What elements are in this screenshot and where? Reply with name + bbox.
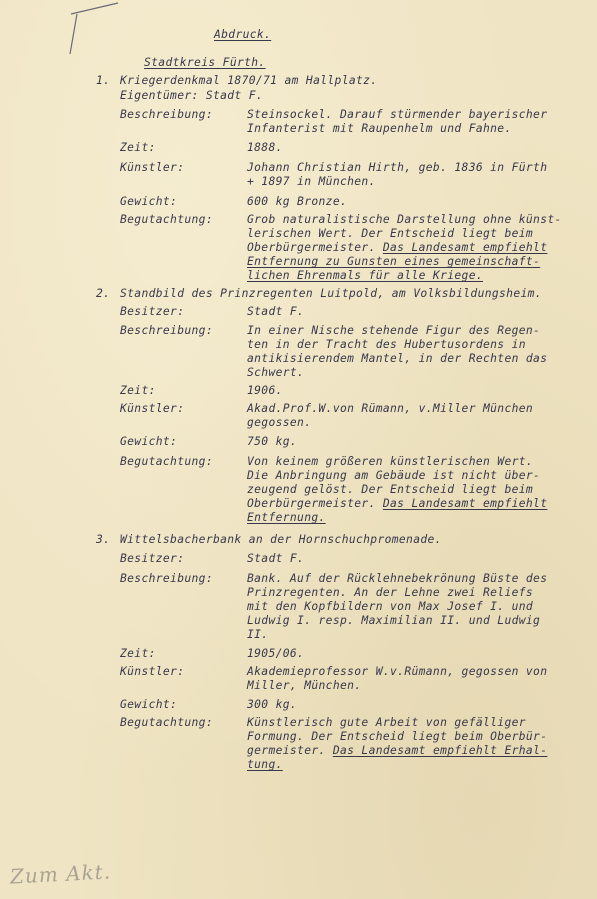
item-owner: Eigentümer: Stadt F. bbox=[120, 89, 263, 103]
field-value: Die Anbringung am Gebäude ist nicht über… bbox=[247, 469, 540, 483]
field-value: Formung. Der Entscheid liegt beim Oberbü… bbox=[247, 730, 547, 744]
field-value: 600 kg Bronze. bbox=[247, 195, 347, 209]
field-value: antikisierendem Mantel, in der Rechten d… bbox=[247, 352, 547, 366]
pencil-mark-icon bbox=[66, 2, 126, 62]
item-title: Wittelsbacherbank an der Hornschuchprome… bbox=[120, 533, 442, 547]
field-label: Beschreibung: bbox=[120, 572, 213, 586]
item-title: Standbild des Prinzregenten Luitpold, am… bbox=[120, 287, 542, 301]
field-value-line: germeister. Das Landesamt empfiehlt Erha… bbox=[247, 744, 547, 758]
field-value: 750 kg. bbox=[247, 435, 297, 449]
field-label: Beschreibung: bbox=[120, 108, 213, 122]
field-label: Gewicht: bbox=[120, 698, 177, 712]
field-value: ten in der Tracht des Hubertusordens in bbox=[247, 338, 526, 352]
recommendation: Das Landesamt empfiehlt bbox=[383, 497, 547, 510]
field-value: lerischen Wert. Der Entscheid liegt beim bbox=[247, 227, 533, 241]
field-value: 1888. bbox=[247, 141, 283, 155]
field-label: Künstler: bbox=[120, 665, 184, 679]
field-value: Oberbürgermeister. bbox=[247, 497, 383, 510]
recommendation: Das Landesamt empfiehlt Erhal- bbox=[333, 744, 548, 757]
recommendation: Entfernung. bbox=[247, 511, 326, 525]
field-label: Begutachtung: bbox=[120, 716, 213, 730]
field-value: Stadt F. bbox=[247, 305, 304, 319]
field-value: Bank. Auf der Rücklehnebekrönung Büste d… bbox=[247, 572, 547, 586]
handwritten-note: Zum Akt. bbox=[9, 859, 111, 888]
field-label: Gewicht: bbox=[120, 195, 177, 209]
document-heading: Abdruck. bbox=[214, 28, 271, 42]
field-value: II. bbox=[247, 628, 268, 642]
field-label: Zeit: bbox=[120, 647, 156, 661]
field-label: Gewicht: bbox=[120, 435, 177, 449]
field-value: Infanterist mit Raupenhelm und Fahne. bbox=[247, 122, 512, 136]
field-value-line: Oberbürgermeister. Das Landesamt empfieh… bbox=[247, 497, 547, 511]
field-value: Schwert. bbox=[247, 366, 304, 380]
field-label: Besitzer: bbox=[120, 552, 184, 566]
field-label: Besitzer: bbox=[120, 305, 184, 319]
field-value: + 1897 in München. bbox=[247, 175, 376, 189]
field-value: Akad.Prof.W.von Rümann, v.Miller München bbox=[247, 402, 533, 416]
field-value: Ludwig I. resp. Maximilian II. und Ludwi… bbox=[247, 614, 540, 628]
field-value: Miller, München. bbox=[247, 679, 361, 693]
field-value: In einer Nische stehende Figur des Regen… bbox=[247, 324, 540, 338]
recommendation: lichen Ehrenmals für alle Kriege. bbox=[247, 269, 483, 283]
field-value: gegossen. bbox=[247, 416, 311, 430]
field-value: germeister. bbox=[247, 744, 333, 757]
field-value: mit den Kopfbildern von Max Josef I. und bbox=[247, 600, 533, 614]
field-value: Stadt F. bbox=[247, 552, 304, 566]
field-value: Grob naturalistische Darstellung ohne kü… bbox=[247, 213, 562, 227]
field-value: Prinzregenten. An der Lehne zwei Reliefs bbox=[247, 586, 533, 600]
item-number: 3. bbox=[96, 533, 110, 547]
recommendation: Das Landesamt empfiehlt bbox=[383, 241, 547, 254]
field-value: Von keinem größeren künstlerischen Wert. bbox=[247, 455, 533, 469]
field-label: Künstler: bbox=[120, 161, 184, 175]
field-value: 1906. bbox=[247, 384, 283, 398]
item-title: Kriegerdenkmal 1870/71 am Hallplatz. bbox=[120, 74, 377, 88]
recommendation: tung. bbox=[247, 758, 283, 772]
field-value: Steinsockel. Darauf stürmender bayerisch… bbox=[247, 108, 547, 122]
field-label: Beschreibung: bbox=[120, 324, 213, 338]
field-label: Künstler: bbox=[120, 402, 184, 416]
document-page: Abdruck. Stadtkreis Fürth. 1. Kriegerden… bbox=[0, 0, 597, 899]
field-value: Johann Christian Hirth, geb. 1836 in Für… bbox=[247, 161, 547, 175]
field-label: Zeit: bbox=[120, 141, 156, 155]
field-value: 300 kg. bbox=[247, 698, 297, 712]
field-value: Akademieprofessor W.v.Rümann, gegossen v… bbox=[247, 665, 547, 679]
item-number: 2. bbox=[96, 287, 110, 301]
field-value: 1905/06. bbox=[247, 647, 304, 661]
field-label: Zeit: bbox=[120, 384, 156, 398]
field-value: Künstlerisch gute Arbeit von gefälliger bbox=[247, 716, 526, 730]
district-title: Stadtkreis Fürth. bbox=[144, 56, 266, 70]
recommendation: Entfernung zu Gunsten eines gemeinschaft… bbox=[247, 255, 540, 269]
field-label: Begutachtung: bbox=[120, 213, 213, 227]
item-number: 1. bbox=[96, 74, 110, 88]
field-value-line: Oberbürgermeister. Das Landesamt empfieh… bbox=[247, 241, 547, 255]
field-value: Oberbürgermeister. bbox=[247, 241, 383, 254]
field-label: Begutachtung: bbox=[120, 455, 213, 469]
field-value: zeugend gelöst. Der Entscheid liegt beim bbox=[247, 483, 533, 497]
